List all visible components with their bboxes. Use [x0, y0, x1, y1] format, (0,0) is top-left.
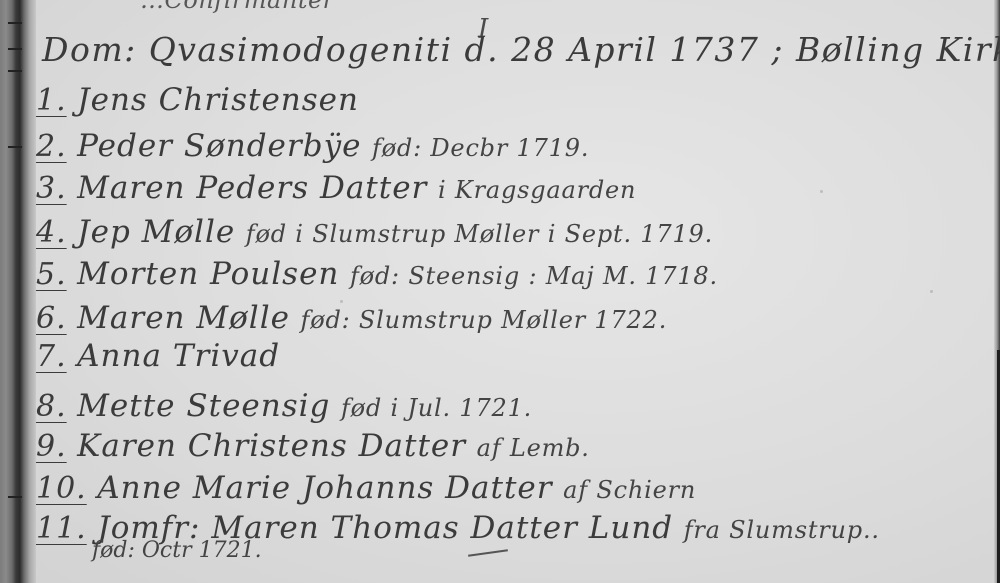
- register-entry: 3. Maren Peders Datter i Kragsgaarden: [36, 170, 636, 206]
- entry-name: Maren Peders Datter: [77, 170, 427, 206]
- entry-detail: fød i Slumstrup Møller i Sept. 1719.: [246, 220, 713, 248]
- paper-speck: [930, 290, 933, 293]
- entry-number: 8.: [36, 389, 67, 424]
- register-entry: 1. Jens Christensen: [36, 82, 359, 118]
- scanned-document-page: …Confirmanter I Dom: Qvasimodogeniti d. …: [0, 0, 1000, 583]
- binding-tick: [8, 48, 22, 50]
- entry-name: Morten Poulsen: [77, 256, 339, 292]
- entry-name: Jens Christensen: [77, 82, 359, 118]
- entry-number: 3.: [36, 171, 67, 206]
- entry-number: 7.: [36, 339, 67, 374]
- service-date-line: Dom: Qvasimodogeniti d. 28 April 1737 ; …: [42, 30, 1000, 69]
- register-entry: 10. Anne Marie Johanns Datter af Schiern: [36, 470, 696, 506]
- register-entry: 4. Jep Mølle fød i Slumstrup Møller i Se…: [36, 214, 713, 250]
- register-entry: 2. Peder Sønderbÿe fød: Decbr 1719.: [36, 128, 589, 164]
- binding-tick: [8, 146, 22, 148]
- register-entry: 6. Maren Mølle fød: Slumstrup Møller 172…: [36, 300, 667, 336]
- page-heading-partial: …Confirmanter: [140, 0, 335, 14]
- paper-speck: [820, 190, 823, 193]
- binding-tick: [8, 70, 22, 72]
- binding-tick: [8, 496, 22, 498]
- entry-name: Anne Marie Johanns Datter: [97, 470, 552, 506]
- binding-tick: [8, 22, 22, 24]
- register-entry: 5. Morten Poulsen fød: Steensig : Maj M.…: [36, 256, 718, 292]
- entry-number: 5.: [36, 257, 67, 292]
- entry-name: Mette Steensig: [77, 388, 330, 424]
- entry-number: 10.: [36, 471, 87, 506]
- entry-name: Jep Mølle: [77, 214, 235, 250]
- entry-continuation-line: fød: Octr 1721.: [92, 538, 262, 563]
- entry-detail: fød: Decbr 1719.: [372, 134, 589, 162]
- entry-name: Maren Mølle: [77, 300, 290, 336]
- ink-stroke: [468, 549, 508, 557]
- entry-detail: fra Slumstrup..: [684, 516, 880, 544]
- register-entry: 7. Anna Trivad: [36, 338, 280, 374]
- entry-detail: fød i Jul. 1721.: [341, 394, 532, 422]
- entry-name: Anna Trivad: [77, 338, 280, 374]
- entry-number: 1.: [36, 83, 67, 118]
- entry-detail: af Lemb.: [477, 434, 590, 462]
- entry-number: 11.: [36, 511, 87, 546]
- entry-detail: af Schiern: [563, 476, 696, 504]
- entry-detail: fød: Slumstrup Møller 1722.: [301, 306, 668, 334]
- register-entry: 9. Karen Christens Datter af Lemb.: [36, 428, 590, 464]
- entry-number: 4.: [36, 215, 67, 250]
- book-binding-gutter: [0, 0, 36, 583]
- entry-detail: i Kragsgaarden: [438, 176, 636, 204]
- entry-name: Peder Sønderbÿe: [77, 128, 361, 164]
- entry-number: 2.: [36, 129, 67, 164]
- register-entry: 8. Mette Steensig fød i Jul. 1721.: [36, 388, 532, 424]
- entry-name: Karen Christens Datter: [77, 428, 466, 464]
- entry-detail: fød: Steensig : Maj M. 1718.: [350, 262, 718, 290]
- entry-number: 6.: [36, 301, 67, 336]
- entry-number: 9.: [36, 429, 67, 464]
